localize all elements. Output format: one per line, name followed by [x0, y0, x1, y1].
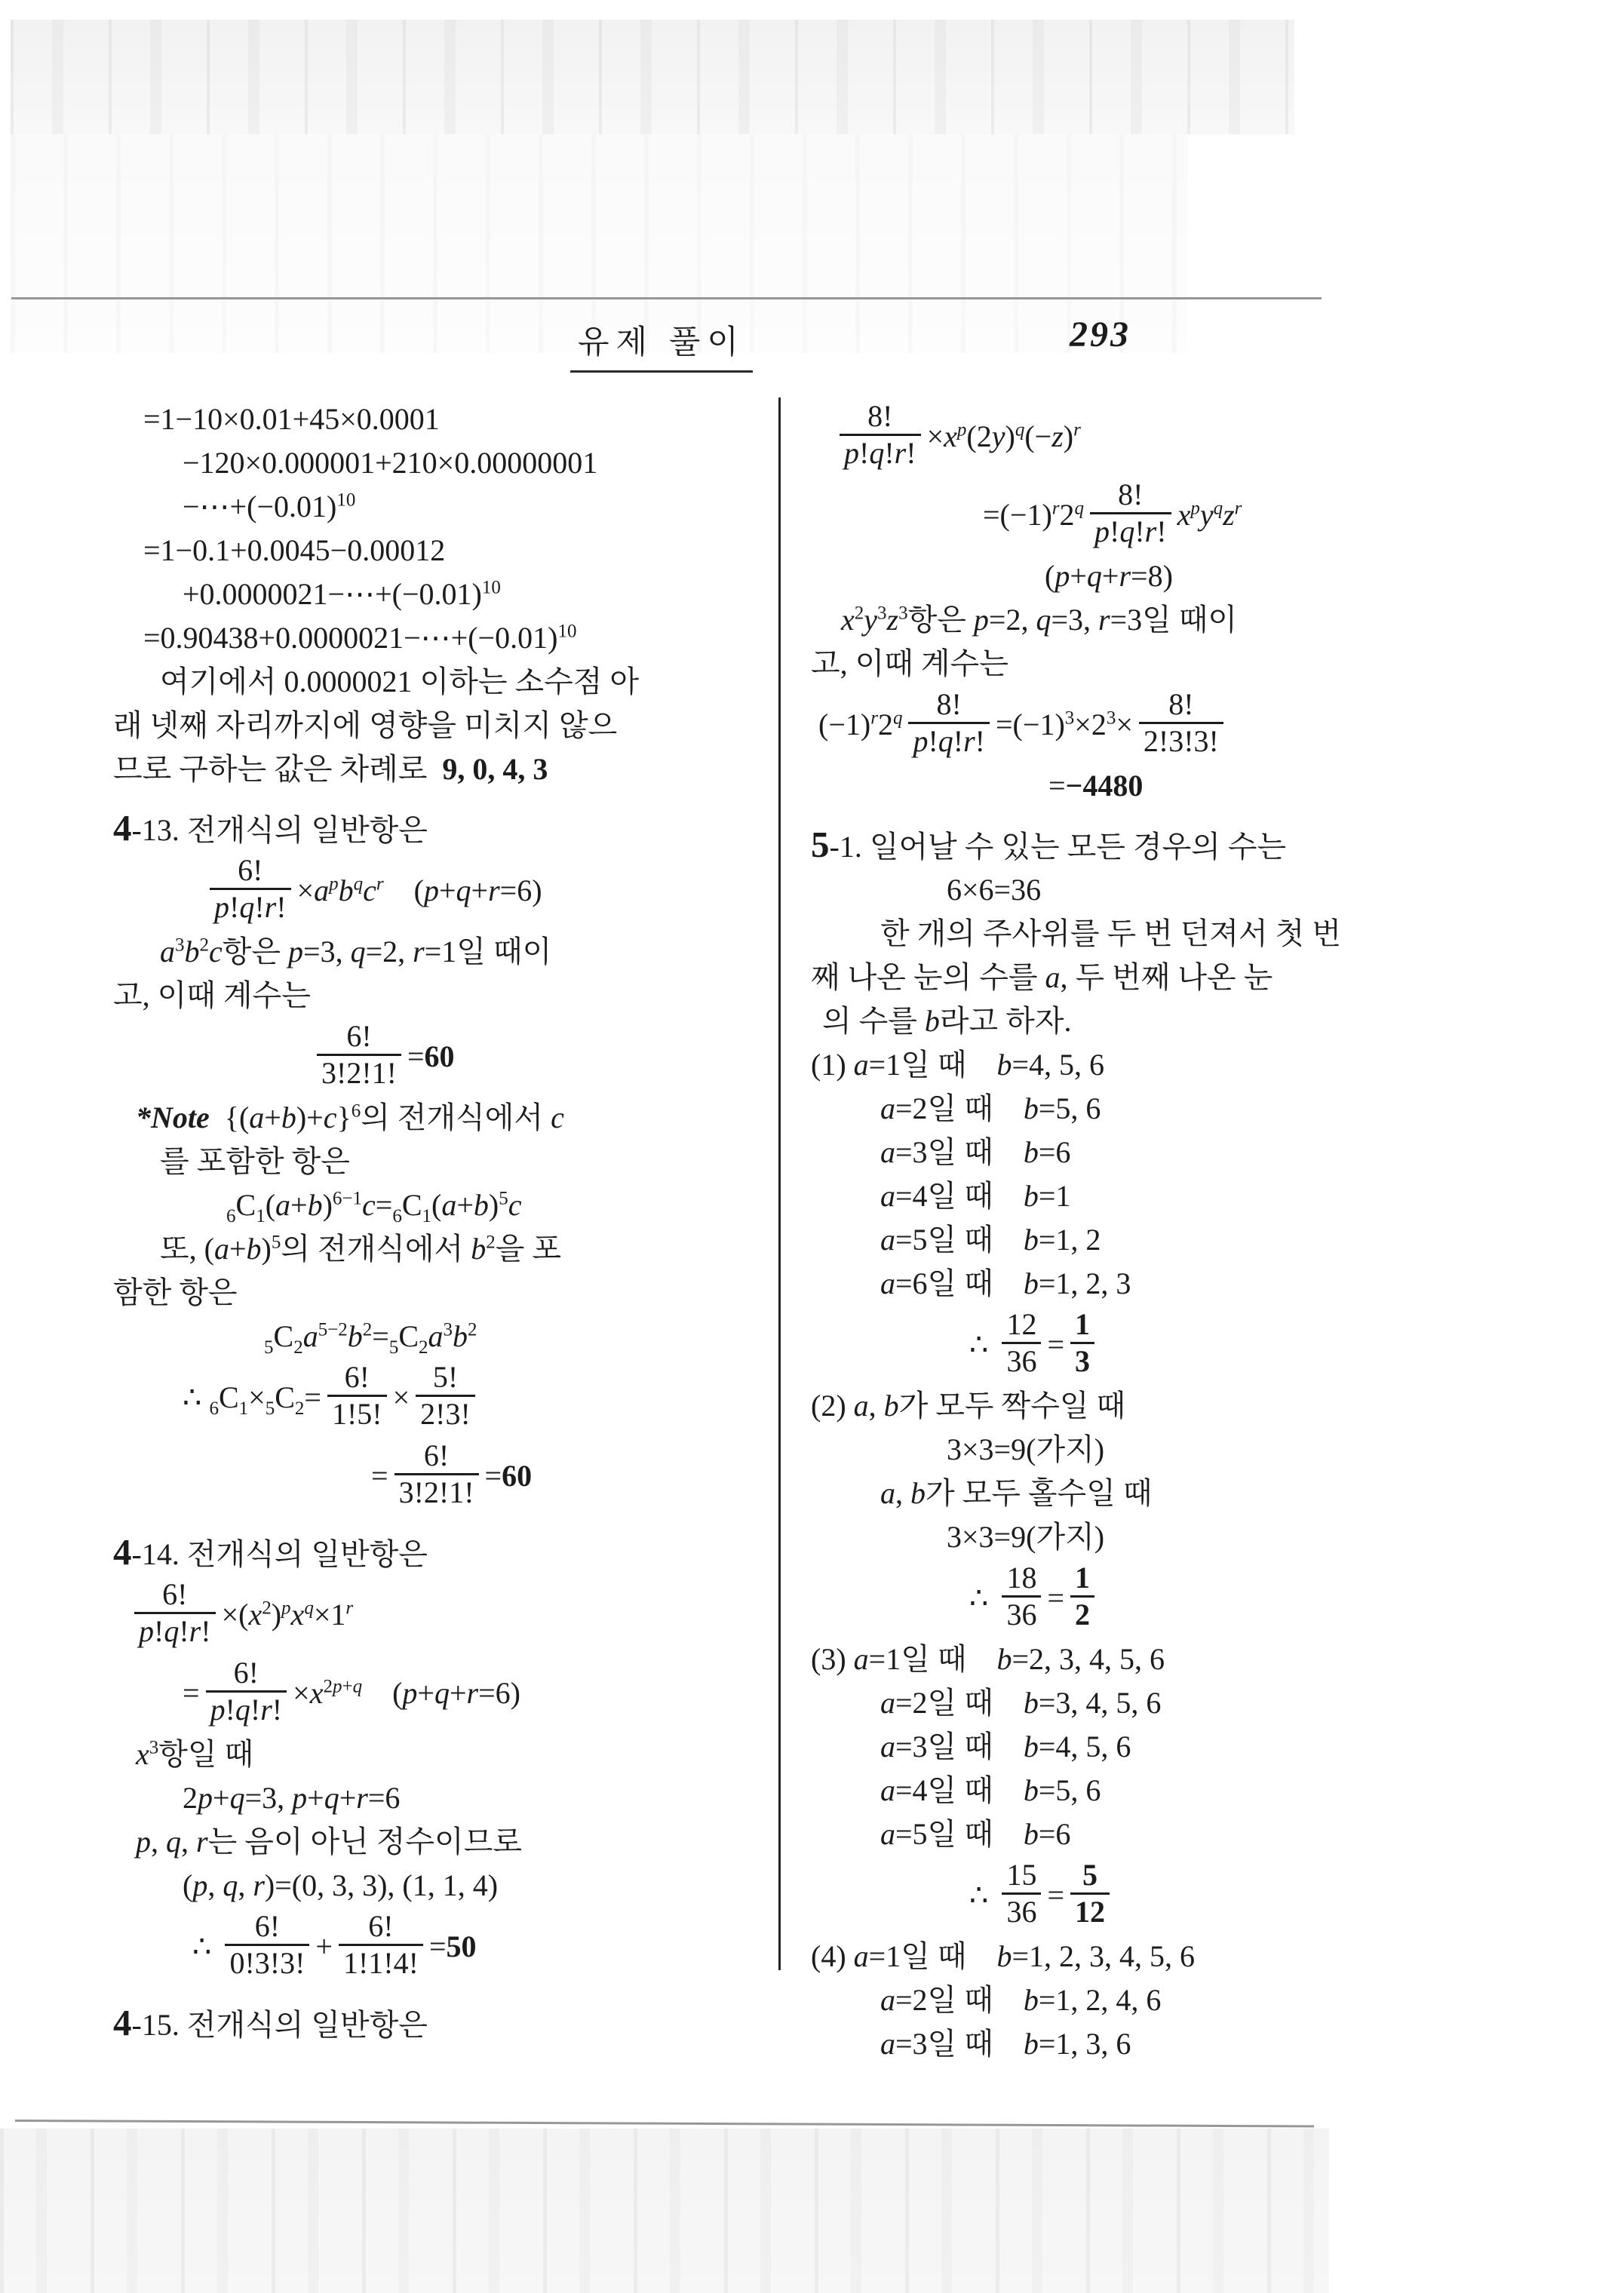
- math-fraction: 1236: [1002, 1307, 1041, 1379]
- case-line: a=2일 때 b=1, 2, 4, 6: [880, 1978, 1354, 2022]
- math-line: 8!p!q!r!×xp(2y)q(−z)r: [833, 398, 1354, 476]
- case-line: a=3일 때 b=4, 5, 6: [880, 1725, 1354, 1769]
- case-line: a=6일 때 b=1, 2, 3: [880, 1262, 1354, 1306]
- bottom-scan-band: [0, 2129, 1329, 2293]
- case-line: (3) a=1일 때 b=2, 3, 4, 5, 6: [811, 1638, 1354, 1681]
- case-line: a=2일 때 b=3, 4, 5, 6: [880, 1681, 1354, 1725]
- page-number: 293: [1070, 314, 1131, 355]
- text-line: x3항일 때: [136, 1733, 777, 1776]
- text-line: 또, (a+b)5의 전개식에서 b2을 포: [160, 1227, 777, 1271]
- math-fraction: 8!p!q!r!: [908, 687, 990, 759]
- math-fraction: 12: [1070, 1561, 1094, 1632]
- text-line: 째 나온 눈의 수를 a, 두 번째 나온 눈: [811, 956, 1354, 999]
- math-fraction: 6!0!3!3!: [225, 1909, 309, 1981]
- case-line: a, b가 모두 홀수일 때: [880, 1472, 1354, 1515]
- math-fraction: 1536: [1002, 1858, 1041, 1929]
- math-line: =1−10×0.01+45×0.0001: [143, 398, 777, 441]
- math-fraction: 1836: [1002, 1561, 1041, 1632]
- text-line: 래 넷째 자리까지에 영향을 미치지 않으: [113, 704, 777, 747]
- math-line: =6!p!q!r!×x2p+q (p+q+r=6): [183, 1654, 777, 1733]
- math-fraction: 6!3!2!1!: [394, 1438, 479, 1510]
- answer-line: ∴ 1836=12: [969, 1559, 1354, 1638]
- math-line: =0.90438+0.0000021−⋯+(−0.01)10: [143, 616, 777, 660]
- text-line: 여기에서 0.0000021 이하는 소수점 아: [160, 660, 777, 704]
- text-line: 므로 구하는 값은 차례로 9, 0, 4, 3: [113, 747, 777, 791]
- case-line: a=3일 때 b=6: [880, 1131, 1354, 1174]
- math-line: 2p+q=3, p+q+r=6: [183, 1776, 777, 1820]
- math-line: (−1)r2q8!p!q!r!=(−1)3×23×8!2!3!3!: [818, 686, 1354, 764]
- math-line: −120×0.000001+210×0.00000001: [183, 441, 777, 485]
- case-line: a=5일 때 b=6: [880, 1813, 1354, 1856]
- answer-line: ∴ 1536=512: [969, 1856, 1354, 1935]
- left-column: =1−10×0.01+45×0.0001−120×0.000001+210×0.…: [113, 398, 777, 2046]
- right-column: 8!p!q!r!×xp(2y)q(−z)r=(−1)r2q8!p!q!r!xpy…: [811, 398, 1354, 2066]
- math-fraction: 6!p!q!r!: [206, 1656, 287, 1727]
- problem-heading: 4-14. 전개식의 일반항은: [113, 1515, 777, 1576]
- math-line: 3×3=9(가지): [947, 1428, 1354, 1472]
- bottom-rule: [15, 2120, 1314, 2128]
- math-fraction: 8!2!3!3!: [1139, 687, 1223, 759]
- case-line: a=4일 때 b=1: [880, 1174, 1354, 1218]
- case-line: a=3일 때 b=1, 3, 6: [880, 2022, 1354, 2066]
- text-line: 한 개의 주사위를 두 번 던져서 첫 번: [880, 912, 1354, 956]
- math-fraction: 5!2!3!: [416, 1360, 475, 1432]
- column-divider: [778, 398, 781, 1970]
- problem-heading: 5-1. 일어날 수 있는 모든 경우의 수는: [811, 808, 1354, 868]
- math-line: (p+q+r=8): [1045, 554, 1354, 598]
- math-fraction: 8!p!q!r!: [840, 399, 921, 471]
- math-fraction: 6!p!q!r!: [210, 853, 291, 925]
- math-line: ∴ 6C1×5C2=6!1!5!×5!2!3!: [183, 1358, 777, 1437]
- math-line: 6×6=36: [947, 868, 1354, 912]
- text-line: 고, 이때 계수는: [113, 974, 777, 1018]
- text-line: p, q, r는 음이 아닌 정수이므로: [136, 1820, 777, 1864]
- math-fraction: 512: [1070, 1858, 1110, 1929]
- problem-heading: 4-15. 전개식의 일반항은: [113, 1986, 777, 2046]
- case-line: a=2일 때 b=5, 6: [880, 1087, 1354, 1131]
- text-line: 의 수를 b라고 하자.: [822, 999, 1354, 1043]
- case-line: a=4일 때 b=5, 6: [880, 1769, 1354, 1813]
- math-line: =−4480: [1048, 764, 1354, 808]
- note-line: *Note {(a+b)+c}6의 전개식에서 c: [136, 1096, 777, 1140]
- scanned-textbook-page: { "colors": { "text": "#1c1c1c", "rule":…: [0, 0, 1624, 2293]
- case-line: (2) a, b가 모두 짝수일 때: [811, 1384, 1354, 1428]
- math-line: (p, q, r)=(0, 3, 3), (1, 1, 4): [183, 1864, 777, 1908]
- math-line: ∴ 6!0!3!3!+6!1!1!4!=50: [192, 1908, 777, 1986]
- math-line: =6!3!2!1!=60: [371, 1437, 777, 1515]
- problem-heading: 4-13. 전개식의 일반항은: [113, 791, 777, 852]
- text-line: 를 포함한 항은: [160, 1140, 777, 1183]
- text-line: a3b2c항은 p=3, q=2, r=1일 때이: [160, 930, 777, 974]
- answer-line: ∴ 1236=13: [969, 1306, 1354, 1384]
- math-fraction: 6!p!q!r!: [134, 1577, 216, 1649]
- math-line: =1−0.1+0.0045−0.00012: [143, 529, 777, 572]
- math-fraction: 8!p!q!r!: [1090, 477, 1171, 549]
- case-line: (4) a=1일 때 b=1, 2, 3, 4, 5, 6: [811, 1935, 1354, 1978]
- case-line: (1) a=1일 때 b=4, 5, 6: [811, 1043, 1354, 1087]
- math-line: 6!3!2!1!=60: [311, 1018, 777, 1096]
- math-line: 5C2a5−2b2=5C2a3b2: [264, 1315, 777, 1358]
- math-fraction: 13: [1070, 1307, 1094, 1379]
- math-fraction: 6!3!2!1!: [317, 1019, 401, 1091]
- math-line: +0.0000021−⋯+(−0.01)10: [183, 572, 777, 616]
- text-line: 고, 이때 계수는: [811, 642, 1354, 686]
- top-scan-band: [11, 20, 1294, 134]
- header-rule: [11, 297, 1322, 299]
- math-line: =(−1)r2q8!p!q!r!xpyqzr: [983, 476, 1354, 554]
- math-line: 6C1(a+b)6−1c=6C1(a+b)5c: [226, 1183, 777, 1227]
- text-line: 함한 항은: [113, 1271, 777, 1315]
- math-line: 3×3=9(가지): [947, 1515, 1354, 1559]
- text-line: x2y3z3항은 p=2, q=3, r=3일 때이: [841, 598, 1354, 642]
- math-line: −⋯+(−0.01)10: [183, 485, 777, 529]
- page-title: 유제 풀이: [570, 317, 753, 373]
- case-line: a=5일 때 b=1, 2: [880, 1218, 1354, 1262]
- math-line: 6!p!q!r!×(x2)pxq×1r: [128, 1576, 777, 1654]
- math-fraction: 6!1!1!4!: [339, 1909, 423, 1981]
- math-fraction: 6!1!5!: [327, 1360, 387, 1432]
- math-line: 6!p!q!r!×apbqcr (p+q+r=6): [204, 852, 777, 930]
